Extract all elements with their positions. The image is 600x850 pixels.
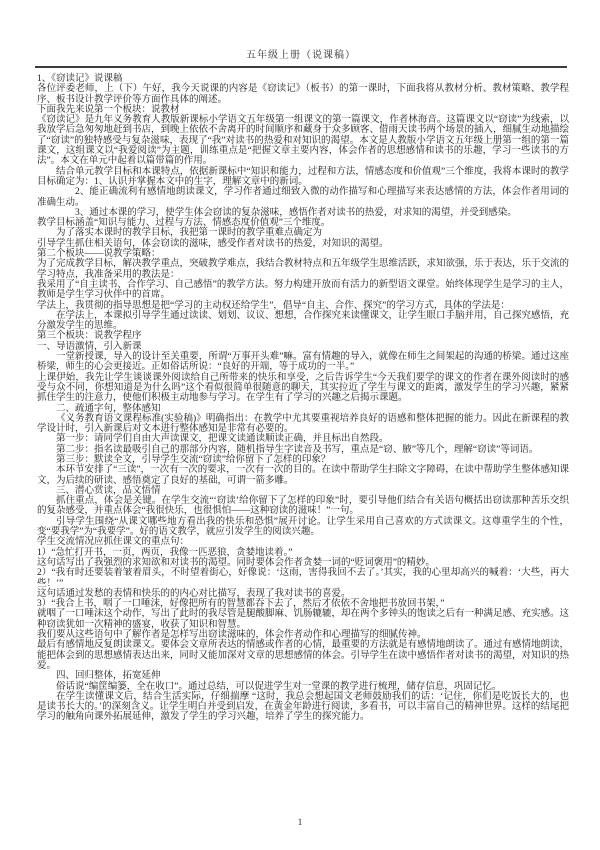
paragraph: 我们要从这些语句中了解作者是怎样写出窃读滋味的，体会作者动作和心理描写的细腻传神… [37, 630, 569, 640]
paragraph: 我采用了“自主读书、合作学习、自己感悟”的教学方法。努力构建开放而有活力的新型语… [37, 280, 569, 301]
paragraph: 在学法上，本课拟引导学生通过读读、划划、议议、想想，合作探究来读懂课文，让学生眼… [37, 311, 569, 332]
paragraph: 为了完成教学目标，解决教学重点，突破教学难点，我结合教材特点和五年级学生思维活跃… [37, 259, 569, 280]
paragraph: 第三步：默读全文，引导学生交流“窃读”给你留下了怎样的印象？ [37, 455, 569, 465]
paragraph: 《义务教育语文课程标准(实验稿)》明确指出：在教学中尤其要重视培养良好的语感和整… [37, 414, 569, 435]
page-number: 1 [298, 818, 303, 828]
paragraph: 引导学生围绕“从课文哪些地方看出我的快乐和恐惧”展开讨论。让学生采用自己喜欢的方… [37, 517, 569, 538]
paragraph: 第二个板块——说教学策略： [37, 249, 569, 259]
paragraph: 下面我先来说第一个板块：说教材 [37, 105, 569, 115]
paragraph: 俗话说“编筐编篓，全在收口”。通过总结，可以促进学生对一堂课的教学进行梳理，储存… [37, 682, 569, 692]
paragraph: 一堂新授课，导入的设计至关重要，所谓“万事开头难”嘛。富有情趣的导入，就像在师生… [37, 352, 569, 373]
page-header: 五年级上册（说课稿） [35, 46, 567, 68]
paragraph: 这句话写出了我强烈的求知欲和对读书的渴望。同时要体会作者贪婪一词的“贬词褒用”的… [37, 558, 569, 568]
paragraph: 2、能正确流利有感情地朗读课文，学习作者通过细致入微的动作描写和心理描写来表达感… [37, 187, 569, 208]
paragraph: 结合单元教学目标和本课特点，依据新课标中“知识和能力，过程和方法，情感态度和价值… [37, 167, 569, 188]
paragraph: 学生交流情况应抓住课文的重点句： [37, 537, 569, 547]
paragraph: 1）“急忙打开书，一页，两页，我像一匹恶狼，贪婪地读着。” [37, 548, 569, 558]
paragraph: 3、通过本课的学习，使学生体会窃读的复杂滋味，感悟作者对读书的热爱，对求知的渴望… [37, 208, 569, 218]
paragraph: 学法上，我贯彻的指导思想是把“学习的主动权还给学生”，倡导“自主、合作、探究”的… [37, 301, 569, 311]
header-title: 五年级上册（说课稿） [246, 50, 356, 61]
paragraph: 四、回归整体，拓宽延伸 [37, 671, 569, 681]
page-footer: 1 [0, 818, 600, 828]
paragraph: 为了落实本课时的教学目标，我把第一课时的教学重难点确定为 [37, 228, 569, 238]
paragraph: 《窃读记》是九年义务教育人教版新课标小学语文五年级第一组课文的第一篇课文，作者林… [37, 115, 569, 166]
paragraph: 引导学生抓住相关语句，体会窃读的滋味，感受作者对读书的热爱，对知识的渴望。 [37, 239, 569, 249]
paragraph: 各位评委老师，上（下）午好，我今天说课的内容是《窃读记》（板书）的第一课时，下面… [37, 84, 569, 105]
paragraph: 抓住重点，体会是关键。在学生交流“‘窃读’给你留下了怎样的印象”时，要引导他们结… [37, 496, 569, 517]
paragraph: 3）“我合上书，咽了一口唾沫，好像把所有的智慧都吞下去了，然后才依依不舍地把书放… [37, 599, 569, 609]
paragraph: 2）“我有时还要装着皱着眉头，不时望着街心，好像说：‘这雨，害得我回不去了。’其… [37, 568, 569, 589]
paragraph: 1、《窃读记》说课稿 [37, 74, 569, 84]
paragraph: 一、导语激情，引入新课 [37, 342, 569, 352]
document-body: 1、《窃读记》说课稿各位评委老师，上（下）午好，我今天说课的内容是《窃读记》（板… [37, 74, 569, 723]
paragraph: 二、疏通字句，整体感知 [37, 404, 569, 414]
paragraph: 本环节安排了“三读”，一次有一次的要求，一次有一次的目的。在读中帮助学生扫除文字… [37, 465, 569, 486]
document-page: 五年级上册（说课稿） 1、《窃读记》说课稿各位评委老师，上（下）午好，我今天说课… [0, 0, 600, 850]
paragraph: 最后有感情地反复朗读课文。要体会文章所表达的情感或作者的心情，最重要的方法就是有… [37, 640, 569, 671]
paragraph: 第一步：请同学们自由大声读课文，把课文读通读顺读正确，并且标出自然段。 [37, 434, 569, 444]
paragraph: 三、潜心赏读，品文悟情 [37, 486, 569, 496]
paragraph: 就咽了一口唾沫这个动作，写出了此时的我尽管是腿酸脚麻、饥肠辘辘，却在两个多钟头的… [37, 609, 569, 630]
paragraph: 第二步：指名读最吸引自己的那部分内容，随机指导生字读音及书写，重点是“窃、腋”等… [37, 445, 569, 455]
paragraph: 教学目标涵盖“知识与能力、过程与方法、情感态度价值观”三个维度。 [37, 218, 569, 228]
paragraph: 这句话通过发愁的表情和快乐的的内心对比描写，表现了我对读书的喜爱。 [37, 589, 569, 599]
paragraph: 第三个板块：说教学程序 [37, 331, 569, 341]
paragraph: 在学生读懂课文后，结合生活实际，仔细揣摩 “这时，我总会想起国文老师鼓励我们的话… [37, 692, 569, 723]
paragraph: 上课伊始，我先让学生谈谈课外阅读给自己所带来的快乐和享受，之后告诉学生“今天我们… [37, 373, 569, 404]
